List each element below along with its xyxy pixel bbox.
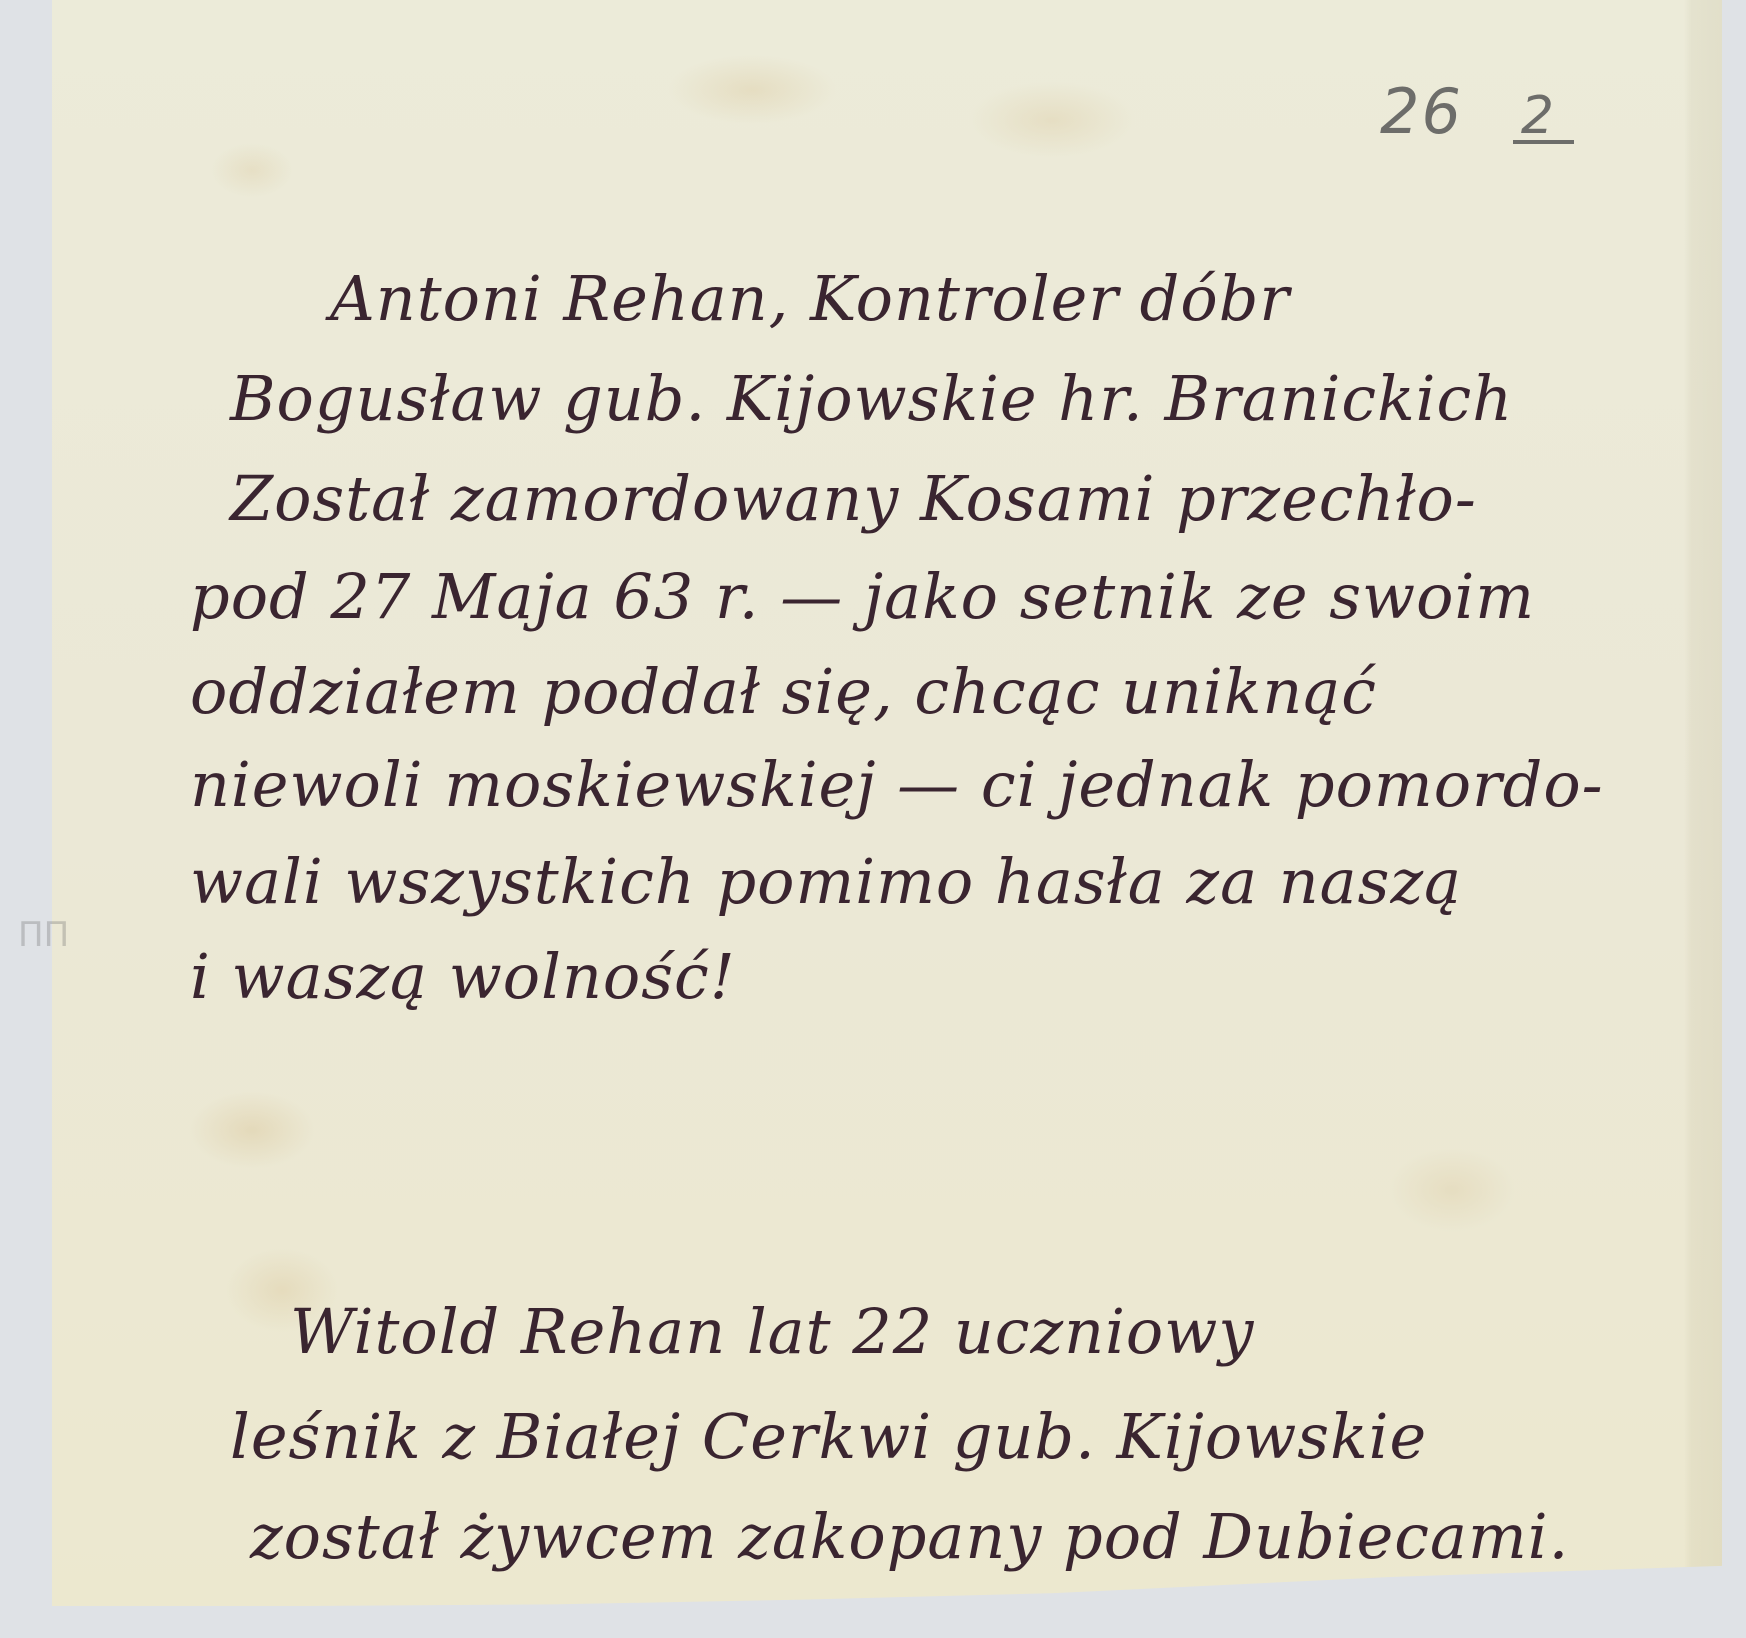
folio-number: 262 — [1380, 75, 1574, 148]
paper-edge-shadow — [1684, 0, 1722, 1606]
text-line: leśnik z Białej Cerkwi gub. Kijowskie — [230, 1400, 1427, 1473]
text-line: został żywcem zakopany pod Dubiecami. — [250, 1500, 1569, 1573]
text-line: Bogusław gub. Kijowskie hr. Branickich — [230, 362, 1513, 435]
text-line: oddziałem poddał się, chcąc uniknąć — [190, 655, 1377, 728]
folio-sub-number: 2 — [1513, 92, 1574, 144]
text-line: i waszą wolność! — [190, 940, 736, 1013]
folio-main-number: 26 — [1380, 75, 1463, 148]
text-line: wali wszystkich pomimo hasła za naszą — [190, 845, 1462, 918]
text-line: Witold Rehan lat 22 uczniowy — [290, 1295, 1254, 1368]
text-line: pod 27 Maja 63 r. — jako setnik ze swoim — [190, 560, 1535, 633]
margin-stamp-mark: ΠΠ — [18, 915, 69, 955]
text-line: Został zamordowany Kosami przechło- — [230, 462, 1477, 535]
text-line: niewoli moskiewskiej — ci jednak pomordo… — [190, 748, 1604, 821]
text-line: Antoni Rehan, Kontroler dóbr — [330, 262, 1290, 335]
